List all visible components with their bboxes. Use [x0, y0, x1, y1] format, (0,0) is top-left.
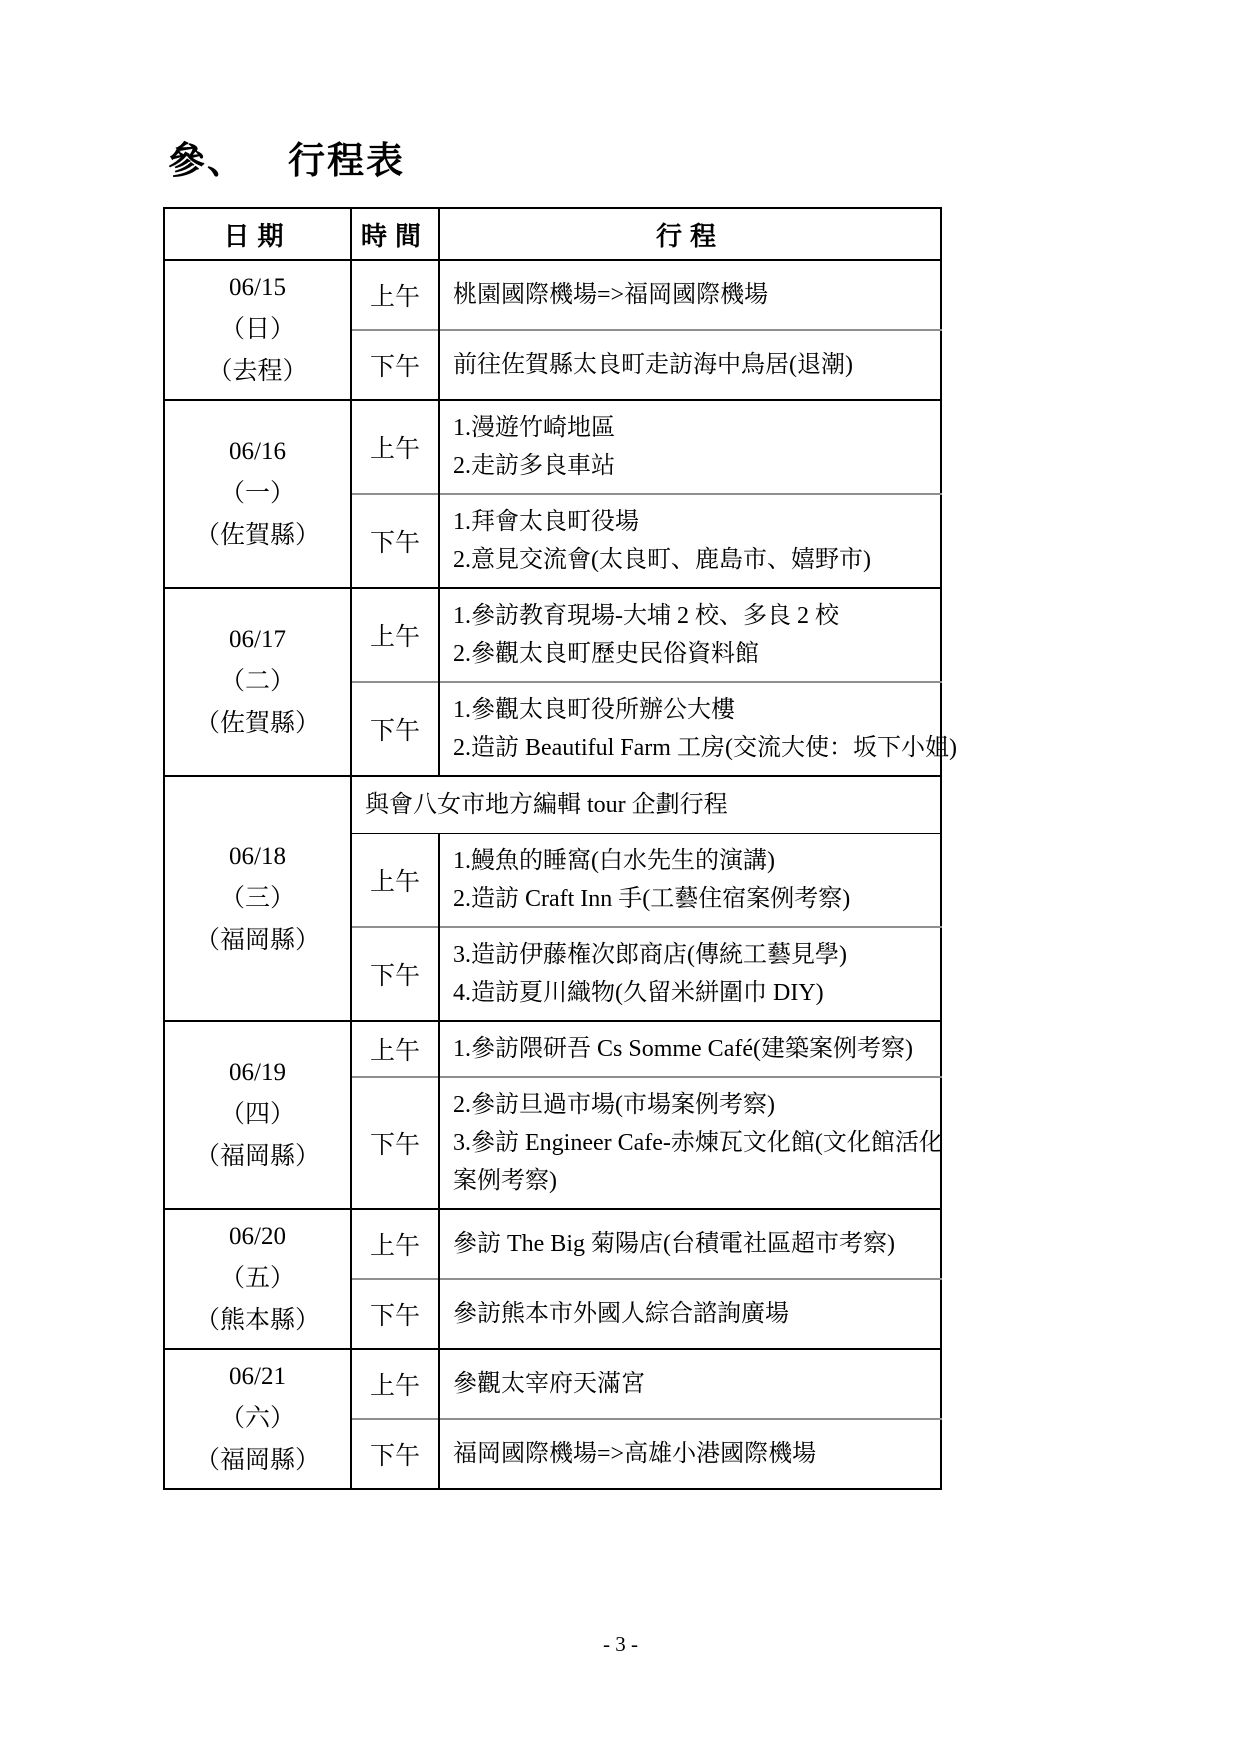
date-line: （一） [165, 473, 350, 515]
time-cell: 下午 [351, 1419, 439, 1489]
itinerary-cell: 1.鰻魚的睡窩(白水先生的演講)2.造訪 Craft Inn 手(工藝住宿案例考… [439, 834, 941, 928]
date-cell: 06/19（四）（福岡縣） [164, 1021, 351, 1209]
itinerary-cell: 1.拜會太良町役場2.意見交流會(太良町、鹿島市、嬉野市) [439, 494, 941, 588]
itinerary-line: 1.參觀太良町役所辦公大樓 [453, 691, 932, 729]
title-text: 行程表 [288, 141, 405, 182]
date-line: （佐賀縣） [165, 515, 350, 557]
time-cell: 上午 [351, 1209, 439, 1279]
itinerary-line: 參訪 The Big 菊陽店(台積電社區超市考察) [453, 1225, 932, 1263]
date-line: （五） [165, 1258, 350, 1300]
date-line: 06/17 [165, 619, 350, 661]
time-cell: 下午 [351, 330, 439, 400]
date-cell: 06/21（六）（福岡縣） [164, 1349, 351, 1489]
date-line: （四） [165, 1094, 350, 1136]
column-header-time: 時間 [351, 208, 439, 260]
itinerary-body: 06/15（日）（去程）上午桃園國際機場=>福岡國際機場下午前往佐賀縣太良町走訪… [164, 260, 941, 1489]
itinerary-cell: 福岡國際機場=>高雄小港國際機場 [439, 1419, 941, 1489]
itinerary-line: 1.參訪教育現場-大埔 2 校、多良 2 校 [453, 597, 932, 635]
date-line: （福岡縣） [165, 1136, 350, 1178]
itinerary-cell: 1.參觀太良町役所辦公大樓2.造訪 Beautiful Farm 工房(交流大使… [439, 682, 941, 776]
time-cell: 下午 [351, 682, 439, 776]
date-line: （佐賀縣） [165, 703, 350, 745]
itinerary-cell: 前往佐賀縣太良町走訪海中鳥居(退潮) [439, 330, 941, 400]
date-cell: 06/15（日）（去程） [164, 260, 351, 400]
header-row: 日期 時間 行程 [164, 208, 941, 260]
itinerary-row: 06/18（三）（福岡縣）與會八女市地方編輯 tour 企劃行程 [164, 776, 941, 834]
itinerary-cell: 2.參訪旦過市場(市場案例考察)3.參訪 Engineer Cafe-赤煉瓦文化… [439, 1077, 941, 1209]
itinerary-line: 參觀太宰府天滿宮 [453, 1365, 932, 1403]
date-cell: 06/18（三）（福岡縣） [164, 776, 351, 1021]
date-line: 06/21 [165, 1356, 350, 1398]
itinerary-table: 日期 時間 行程 06/15（日）（去程）上午桃園國際機場=>福岡國際機場下午前… [163, 207, 942, 1490]
itinerary-row: 06/16（一）（佐賀縣）上午1.漫遊竹崎地區2.走訪多良車站 [164, 400, 941, 494]
time-cell: 上午 [351, 400, 439, 494]
time-cell: 下午 [351, 494, 439, 588]
title-section-number: 參、 [168, 141, 246, 182]
date-line: （日） [165, 309, 350, 351]
date-line: （熊本縣） [165, 1300, 350, 1342]
itinerary-cell: 1.參訪教育現場-大埔 2 校、多良 2 校2.參觀太良町歷史民俗資料館 [439, 588, 941, 682]
itinerary-row: 06/20（五）（熊本縣）上午參訪 The Big 菊陽店(台積電社區超市考察) [164, 1209, 941, 1279]
itinerary-cell: 3.造訪伊藤権次郎商店(傳統工藝見學)4.造訪夏川織物(久留米絣圍巾 DIY) [439, 927, 941, 1021]
date-line: （二） [165, 661, 350, 703]
date-line: （福岡縣） [165, 920, 350, 962]
time-cell: 上午 [351, 260, 439, 330]
itinerary-line: 3.參訪 Engineer Cafe-赤煉瓦文化館(文化館活化 [453, 1124, 932, 1162]
itinerary-line: 桃園國際機場=>福岡國際機場 [453, 276, 932, 314]
itinerary-line: 2.參訪旦過市場(市場案例考察) [453, 1086, 932, 1124]
time-cell: 上午 [351, 1349, 439, 1419]
date-line: 06/18 [165, 836, 350, 878]
itinerary-line: 1.漫遊竹崎地區 [453, 409, 932, 447]
itinerary-line: 3.造訪伊藤権次郎商店(傳統工藝見學) [453, 936, 932, 974]
page-title: 參、行程表 [168, 130, 405, 184]
itinerary-row: 06/21（六）（福岡縣）上午參觀太宰府天滿宮 [164, 1349, 941, 1419]
itinerary-line: 案例考察) [453, 1162, 932, 1200]
itinerary-line: 參訪熊本市外國人綜合諮詢廣場 [453, 1295, 932, 1333]
note-cell: 與會八女市地方編輯 tour 企劃行程 [351, 776, 941, 834]
date-line: （福岡縣） [165, 1440, 350, 1482]
time-cell: 下午 [351, 1077, 439, 1209]
itinerary-cell: 參訪熊本市外國人綜合諮詢廣場 [439, 1279, 941, 1349]
itinerary-line: 2.造訪 Beautiful Farm 工房(交流大使：坂下小姐) [453, 729, 932, 767]
itinerary-cell: 參訪 The Big 菊陽店(台積電社區超市考察) [439, 1209, 941, 1279]
itinerary-line: 1.鰻魚的睡窩(白水先生的演講) [453, 842, 932, 880]
itinerary-row: 06/15（日）（去程）上午桃園國際機場=>福岡國際機場 [164, 260, 941, 330]
itinerary-line: 2.走訪多良車站 [453, 447, 932, 485]
date-line: （三） [165, 878, 350, 920]
itinerary-cell: 桃園國際機場=>福岡國際機場 [439, 260, 941, 330]
itinerary-cell: 參觀太宰府天滿宮 [439, 1349, 941, 1419]
itinerary-cell: 1.漫遊竹崎地區2.走訪多良車站 [439, 400, 941, 494]
date-line: （去程） [165, 351, 350, 393]
date-line: 06/15 [165, 267, 350, 309]
page-number: - 3 - [0, 1632, 1241, 1657]
column-header-date: 日期 [164, 208, 351, 260]
date-line: 06/20 [165, 1216, 350, 1258]
time-cell: 上午 [351, 1021, 439, 1077]
itinerary-row: 06/19（四）（福岡縣）上午1.參訪隈研吾 Cs Somme Café(建築案… [164, 1021, 941, 1077]
time-cell: 下午 [351, 927, 439, 1021]
date-cell: 06/17（二）（佐賀縣） [164, 588, 351, 776]
itinerary-cell: 1.參訪隈研吾 Cs Somme Café(建築案例考察) [439, 1021, 941, 1077]
itinerary-line: 2.造訪 Craft Inn 手(工藝住宿案例考察) [453, 880, 932, 918]
date-cell: 06/16（一）（佐賀縣） [164, 400, 351, 588]
itinerary-line: 2.意見交流會(太良町、鹿島市、嬉野市) [453, 541, 932, 579]
itinerary-line: 1.拜會太良町役場 [453, 503, 932, 541]
date-line: 06/16 [165, 431, 350, 473]
itinerary-line: 4.造訪夏川織物(久留米絣圍巾 DIY) [453, 974, 932, 1012]
document-page: 參、行程表 日期 時間 行程 06/15（日）（去程）上午桃園國際機場=>福岡國… [0, 0, 1241, 1755]
time-cell: 上午 [351, 834, 439, 928]
date-line: 06/19 [165, 1052, 350, 1094]
itinerary-line: 1.參訪隈研吾 Cs Somme Café(建築案例考察) [453, 1030, 932, 1068]
time-cell: 下午 [351, 1279, 439, 1349]
itinerary-line: 福岡國際機場=>高雄小港國際機場 [453, 1435, 932, 1473]
column-header-itinerary: 行程 [439, 208, 941, 260]
itinerary-row: 06/17（二）（佐賀縣）上午1.參訪教育現場-大埔 2 校、多良 2 校2.參… [164, 588, 941, 682]
date-cell: 06/20（五）（熊本縣） [164, 1209, 351, 1349]
time-cell: 上午 [351, 588, 439, 682]
itinerary-line: 2.參觀太良町歷史民俗資料館 [453, 635, 932, 673]
itinerary-line: 前往佐賀縣太良町走訪海中鳥居(退潮) [453, 346, 932, 384]
date-line: （六） [165, 1398, 350, 1440]
